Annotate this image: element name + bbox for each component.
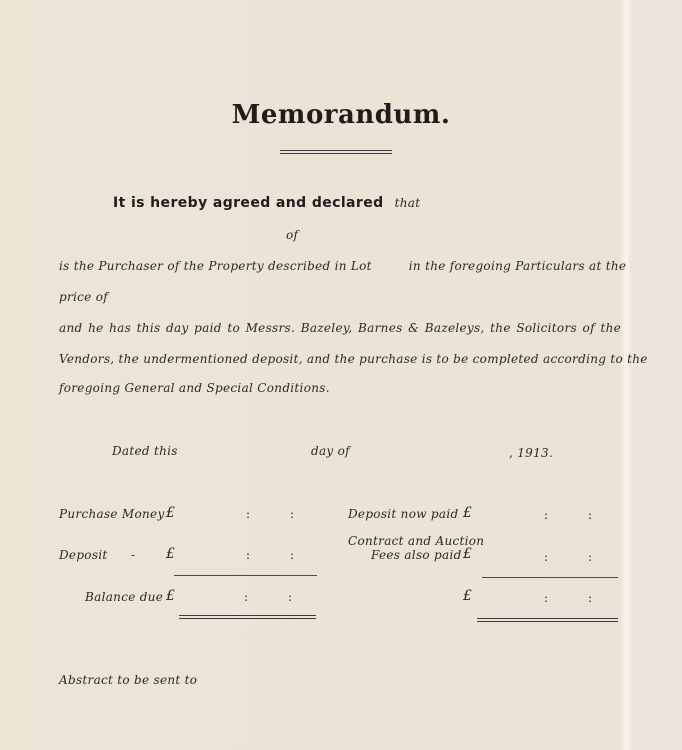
lead-sentence: It is hereby agreed and declared that bbox=[113, 192, 420, 211]
pound-sign: £ bbox=[463, 588, 472, 604]
of-line: of bbox=[286, 228, 298, 242]
lead-italic-text: that bbox=[395, 196, 421, 210]
dated-this-label: Dated this bbox=[112, 444, 178, 458]
pound-sign: £ bbox=[166, 546, 175, 562]
colon-separator: : bbox=[588, 550, 592, 564]
pound-sign: £ bbox=[166, 505, 175, 521]
pound-sign: £ bbox=[463, 546, 472, 562]
pound-sign: £ bbox=[463, 505, 472, 521]
colon-separator: : bbox=[290, 507, 294, 521]
abstract-label: Abstract to be sent to bbox=[59, 673, 197, 687]
paragraph-line-2: price of bbox=[59, 290, 108, 304]
colon-separator: : bbox=[246, 507, 250, 521]
colon-separator: : bbox=[244, 590, 248, 604]
balance-due-label: Balance due bbox=[85, 590, 163, 604]
title-underline bbox=[280, 150, 392, 154]
total-double-rule bbox=[179, 615, 316, 619]
subtotal-rule bbox=[482, 577, 618, 578]
colon-separator: : bbox=[544, 550, 548, 564]
total-double-rule bbox=[477, 618, 618, 622]
deposit-now-paid-label: Deposit now paid bbox=[348, 507, 458, 521]
pound-sign: £ bbox=[166, 588, 175, 604]
day-of-label: day of bbox=[311, 444, 350, 458]
colon-separator: : bbox=[544, 591, 548, 605]
fees-label-line-2: Fees also paid bbox=[371, 548, 462, 562]
colon-separator: : bbox=[288, 590, 292, 604]
deposit-dash: - bbox=[131, 548, 135, 562]
paragraph-line-3: and he has this day paid to Messrs. Baze… bbox=[59, 321, 621, 335]
year-label: , 1913. bbox=[509, 446, 553, 460]
document-title: Memorandum. bbox=[0, 100, 682, 130]
colon-separator: : bbox=[588, 508, 592, 522]
subtotal-rule bbox=[174, 575, 317, 576]
paragraph-line-4: Vendors, the undermentioned deposit, and… bbox=[59, 352, 621, 366]
colon-separator: : bbox=[290, 548, 294, 562]
purchase-money-label: Purchase Money bbox=[59, 507, 165, 521]
colon-separator: : bbox=[246, 548, 250, 562]
paragraph-line-1: is the Purchaser of the Property describ… bbox=[59, 259, 621, 273]
colon-separator: : bbox=[544, 508, 548, 522]
deposit-label: Deposit bbox=[59, 548, 108, 562]
lead-bold-text: It is hereby agreed and declared bbox=[113, 195, 384, 211]
colon-separator: : bbox=[588, 591, 592, 605]
paragraph-line-5: foregoing General and Special Conditions… bbox=[59, 381, 330, 395]
